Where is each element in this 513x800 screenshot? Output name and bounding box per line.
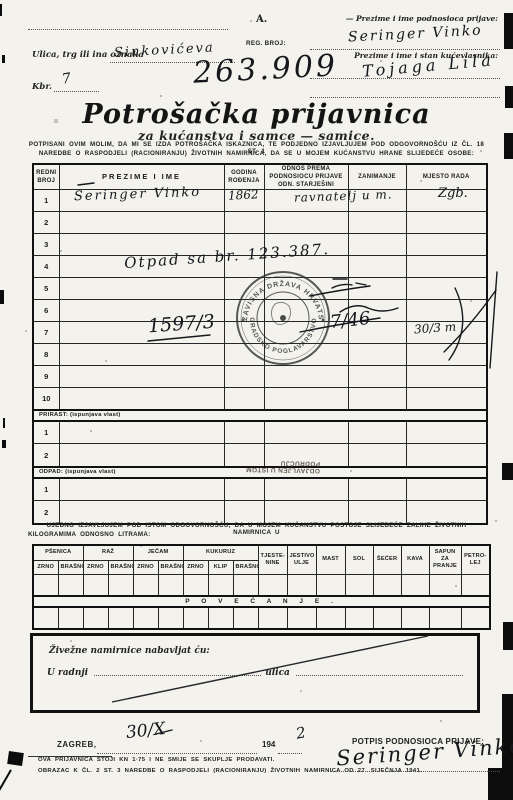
row-number: 5	[33, 278, 59, 300]
blank-line	[28, 28, 228, 30]
sub-header-klip: KLIP	[208, 560, 233, 574]
name-cell	[59, 278, 224, 300]
reg-number-label: REG. BROJ:	[246, 40, 286, 47]
blank-line	[278, 752, 302, 754]
col-header-sol: SOL	[345, 545, 373, 574]
relation-cell	[264, 421, 348, 444]
occupation-cell	[348, 388, 406, 410]
scan-artifact	[2, 55, 5, 63]
name-cell	[59, 501, 224, 524]
occupation-cell	[348, 256, 406, 278]
supply-value-cell	[373, 574, 401, 596]
supply-value-cell	[401, 607, 429, 629]
shop-declaration-box: Živežne namirnice nabavljat ću: U radnji…	[30, 633, 480, 713]
supply-value-cell	[183, 607, 208, 629]
col-header-sapun: SAPUN ZA PRANJE	[429, 545, 461, 574]
row-number: 4	[33, 256, 59, 278]
applicant-name-label: — Prezime i ime podnosioca prijave:	[320, 14, 498, 23]
blank-line	[310, 96, 500, 98]
supply-value-cell	[461, 607, 490, 629]
workplace-cell	[406, 212, 487, 234]
occupation-cell	[348, 421, 406, 444]
supply-value-cell	[133, 607, 158, 629]
sub-header-brasno: BRAŠNO	[108, 560, 133, 574]
scan-artifact	[0, 290, 4, 304]
row-number: 1	[33, 478, 59, 501]
year-cell	[224, 322, 264, 344]
supply-value-cell	[287, 574, 316, 596]
scanned-form-page: A. — Prezime i ime podnosioca prijave: S…	[0, 0, 513, 800]
year-cell	[224, 212, 264, 234]
supply-value-cell	[33, 574, 58, 596]
reg-number-handwriting: 263.909	[192, 48, 339, 91]
supply-value-cell	[401, 574, 429, 596]
occupation-cell	[348, 278, 406, 300]
workplace-cell	[406, 234, 487, 256]
blank-line	[94, 674, 261, 676]
shop-street-label: ulica	[265, 668, 290, 678]
supply-value-cell	[345, 574, 373, 596]
group-header-psenica: PŠENICA	[33, 545, 83, 560]
workplace-cell	[406, 444, 487, 467]
date-note-handwriting: 30/3 m	[414, 320, 457, 337]
supply-value-cell	[83, 607, 108, 629]
supply-value-cell	[345, 607, 373, 629]
col-header-mast: MAST	[316, 545, 345, 574]
supply-value-cell	[58, 607, 83, 629]
row-number: 2	[33, 212, 59, 234]
section-a-label: A.	[256, 14, 267, 25]
scan-artifact	[0, 769, 12, 794]
workplace-cell	[406, 388, 487, 410]
workplace-cell	[406, 256, 487, 278]
supplies-table: PŠENICA RAŽ JEČAM KUKURUZ TJESTE- NINE J…	[32, 544, 491, 630]
name-cell	[59, 421, 224, 444]
row-number: 10	[33, 388, 59, 410]
group-header-kukuruz: KUKURUZ	[183, 545, 258, 560]
col-header-petrolej: PETRO- LEJ	[461, 545, 490, 574]
blank-line	[296, 674, 463, 676]
form-title: Potrošačka prijavnica	[0, 99, 513, 130]
supply-value-cell	[133, 574, 158, 596]
row-number: 3	[33, 234, 59, 256]
scan-noise	[0, 0, 2, 2]
row-number: 1	[33, 421, 59, 444]
workplace-cell	[406, 478, 487, 501]
supply-value-cell	[158, 607, 183, 629]
relation-cell	[264, 278, 348, 300]
blank-line	[310, 48, 500, 50]
person1-workplace-handwriting: Zgb.	[438, 186, 468, 201]
supply-value-cell	[258, 574, 287, 596]
sub-header-brasno: BRAŠNO	[233, 560, 258, 574]
date-handwriting: 30/X	[125, 719, 166, 743]
reference-number-handwriting: 7/46	[329, 308, 371, 333]
year-printed: 194	[262, 740, 275, 749]
supply-value-cell	[233, 607, 258, 629]
col-header-kava: KAVA	[401, 545, 429, 574]
supply-value-cell	[287, 607, 316, 629]
year-cell	[224, 300, 264, 322]
row-number: 2	[33, 444, 59, 467]
workplace-cell	[406, 366, 487, 388]
year-handwriting: 2	[295, 723, 308, 742]
row-number: 1	[33, 190, 59, 212]
name-cell	[59, 478, 224, 501]
row-number: 6	[33, 300, 59, 322]
col-header-godina: GODINA ROĐENJA	[224, 164, 264, 190]
sub-header-zrno: ZRNO	[33, 560, 58, 574]
sub-header-zrno: ZRNO	[133, 560, 158, 574]
col-header-tjestenine: TJESTE- NINE	[258, 545, 287, 574]
row-number: 9	[33, 366, 59, 388]
supply-value-cell	[208, 574, 233, 596]
occupation-cell	[348, 344, 406, 366]
scan-artifact	[504, 13, 513, 49]
scan-artifact	[2, 440, 6, 448]
scan-artifact	[7, 751, 24, 766]
supply-value-cell	[373, 607, 401, 629]
relation-cell	[264, 366, 348, 388]
sub-header-brasno: BRAŠNO	[58, 560, 83, 574]
supply-value-cell	[83, 574, 108, 596]
name-cell	[59, 444, 224, 467]
scan-artifact	[488, 768, 513, 800]
col-header-secer: ŠEĆER	[373, 545, 401, 574]
group-header-jecam: JEČAM	[133, 545, 183, 560]
occupation-cell	[348, 366, 406, 388]
workplace-cell	[406, 300, 487, 322]
shop-box-heading: Živežne namirnice nabavljat ću:	[49, 646, 210, 656]
row-number: 2	[33, 501, 59, 524]
city-label: ZAGREB,	[57, 740, 97, 749]
group-header-raz: RAŽ	[83, 545, 133, 560]
sub-header-brasno: BRAŠNO	[158, 560, 183, 574]
year-cell	[224, 278, 264, 300]
prirast-section-label: PRIRAST: (ispunjava vlast)	[33, 410, 487, 421]
year-cell	[224, 366, 264, 388]
supply-value-cell	[461, 574, 490, 596]
workplace-cell	[406, 344, 487, 366]
supply-value-cell	[108, 607, 133, 629]
year-cell	[224, 344, 264, 366]
workplace-cell	[406, 421, 487, 444]
col-header-zanimanje: ZANIMANJE	[348, 164, 406, 190]
relation-cell	[264, 501, 348, 524]
col-header-jestivo-ulje: JESTIVO ULJE	[287, 545, 316, 574]
scan-artifact	[0, 4, 2, 16]
in-shop-label: U radnji	[47, 668, 88, 678]
supply-value-cell	[158, 574, 183, 596]
supply-value-cell	[208, 607, 233, 629]
supply-value-cell	[429, 574, 461, 596]
person1-birthyear-handwriting: 1862	[228, 187, 259, 203]
sub-header-zrno: ZRNO	[83, 560, 108, 574]
povecanje-section-label: P O V E Ć A N J E .	[33, 596, 490, 607]
name-cell	[59, 212, 224, 234]
occupation-cell	[348, 234, 406, 256]
supply-value-cell	[429, 607, 461, 629]
supply-value-cell	[58, 574, 83, 596]
row-number: 7	[33, 322, 59, 344]
house-number-label: Kbr.	[32, 82, 52, 92]
supply-value-cell	[258, 607, 287, 629]
declaration-line-2: NAREDBE O RASPODJELI (RACIONIRANJU) ŽIVO…	[28, 150, 485, 157]
inverted-stamp-text: ODJAVLJEN U ISTOM PODRUČJU	[212, 458, 320, 474]
row-number: 8	[33, 344, 59, 366]
relation-cell	[264, 388, 348, 410]
year-cell	[224, 478, 264, 501]
occupation-cell	[348, 212, 406, 234]
year-cell	[224, 501, 264, 524]
relation-cell	[264, 478, 348, 501]
supplies-intro-line-2: KILOGRAMIMA ODNOSNO LITRAMA:	[28, 531, 151, 538]
supply-value-cell	[233, 574, 258, 596]
year-cell	[224, 388, 264, 410]
supply-value-cell	[33, 607, 58, 629]
sub-header-zrno: ZRNO	[183, 560, 208, 574]
workplace-cell	[406, 501, 487, 524]
case-number-handwriting: 1597/3	[147, 311, 215, 338]
supply-value-cell	[316, 574, 345, 596]
house-number-handwriting: 7	[61, 70, 72, 87]
name-cell	[59, 388, 224, 410]
year-cell	[224, 421, 264, 444]
scan-artifact	[502, 463, 513, 480]
col-header-odnos: ODNOS PREMA PODNOSIOCU PRIJAVE ODN. STAR…	[264, 164, 348, 190]
supply-value-cell	[108, 574, 133, 596]
supply-value-cell	[316, 607, 345, 629]
occupation-cell	[348, 444, 406, 467]
name-cell	[59, 366, 224, 388]
col-header-redni-broj: REDNI BROJ	[33, 164, 59, 190]
scan-artifact	[503, 622, 513, 650]
workplace-cell	[406, 278, 487, 300]
occupation-cell	[348, 478, 406, 501]
applicant-name-handwriting: Seringer Vinko	[348, 22, 483, 45]
blank-line	[54, 90, 99, 92]
scan-artifact	[3, 418, 5, 428]
relation-cell	[264, 212, 348, 234]
name-cell	[59, 344, 224, 366]
supply-value-cell	[183, 574, 208, 596]
occupation-cell	[348, 501, 406, 524]
blank-line	[330, 770, 500, 772]
relation-cell	[264, 344, 348, 366]
blank-line	[97, 752, 257, 754]
footer-price-note: OVA PRIJAVNICA STOJI KN 1·75 I NE SMIJE …	[38, 757, 275, 763]
